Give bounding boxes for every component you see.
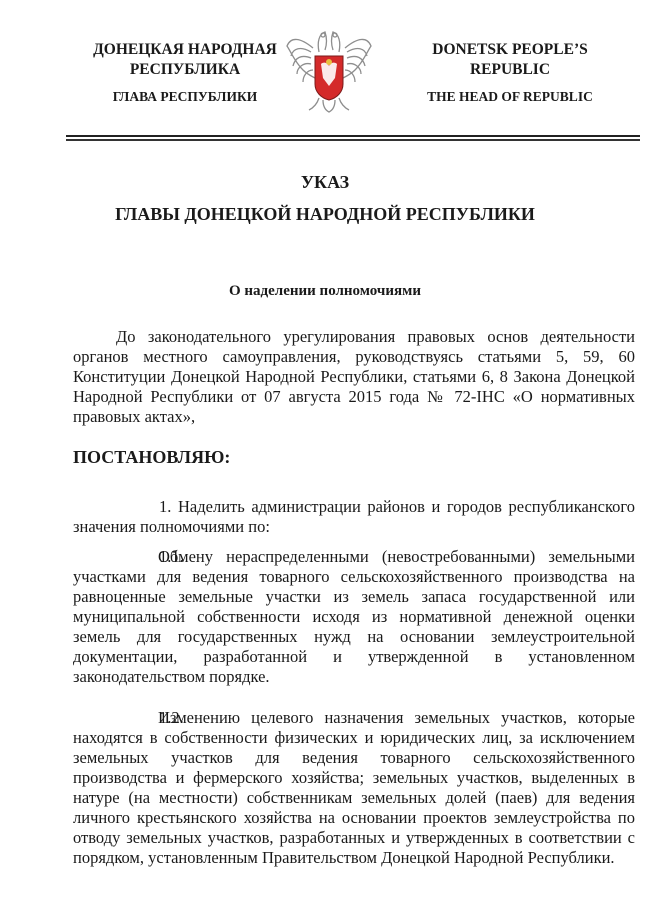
header-left-title: ДОНЕЦКАЯ НАРОДНАЯ РЕСПУБЛИКА xyxy=(60,40,310,80)
item-1: 1.Наделить администрации районов и город… xyxy=(73,497,635,537)
item-number: 1.2. xyxy=(116,708,158,728)
header-right-line2: REPUBLIC xyxy=(385,60,635,80)
item-number: 1.1. xyxy=(116,547,158,567)
item-number: 1. xyxy=(116,497,178,517)
preamble-paragraph: До законодательного урегулирования право… xyxy=(73,327,635,427)
header-left-line1: ДОНЕЦКАЯ НАРОДНАЯ xyxy=(60,40,310,60)
document-subject: О наделении полномочиями xyxy=(0,283,650,300)
header-divider-top xyxy=(66,135,640,137)
double-headed-eagle-emblem-icon xyxy=(283,18,375,114)
document-issuer: ГЛАВЫ ДОНЕЦКОЙ НАРОДНОЙ РЕСПУБЛИКИ xyxy=(0,204,650,225)
document-type: УКАЗ xyxy=(0,172,650,193)
header-right-title: DONETSK PEOPLE’S REPUBLIC xyxy=(385,40,635,80)
header-left-subtitle: ГЛАВА РЕСПУБЛИКИ xyxy=(60,89,310,105)
item-text: Обмену нераспределенными (невостребованн… xyxy=(73,547,635,686)
item-1-2: 1.2.Изменению целевого назначения земель… xyxy=(73,708,635,868)
decree-heading: ПОСТАНОВЛЯЮ: xyxy=(73,447,230,468)
item-text: Изменению целевого назначения земельных … xyxy=(73,708,635,867)
header-right-subtitle: THE HEAD OF REPUBLIC xyxy=(385,89,635,105)
item-1-1: 1.1.Обмену нераспределенными (невостребо… xyxy=(73,547,635,687)
header-right-line1: DONETSK PEOPLE’S xyxy=(385,40,635,60)
header-left-line2: РЕСПУБЛИКА xyxy=(60,60,310,80)
header-divider-bottom xyxy=(66,139,640,141)
